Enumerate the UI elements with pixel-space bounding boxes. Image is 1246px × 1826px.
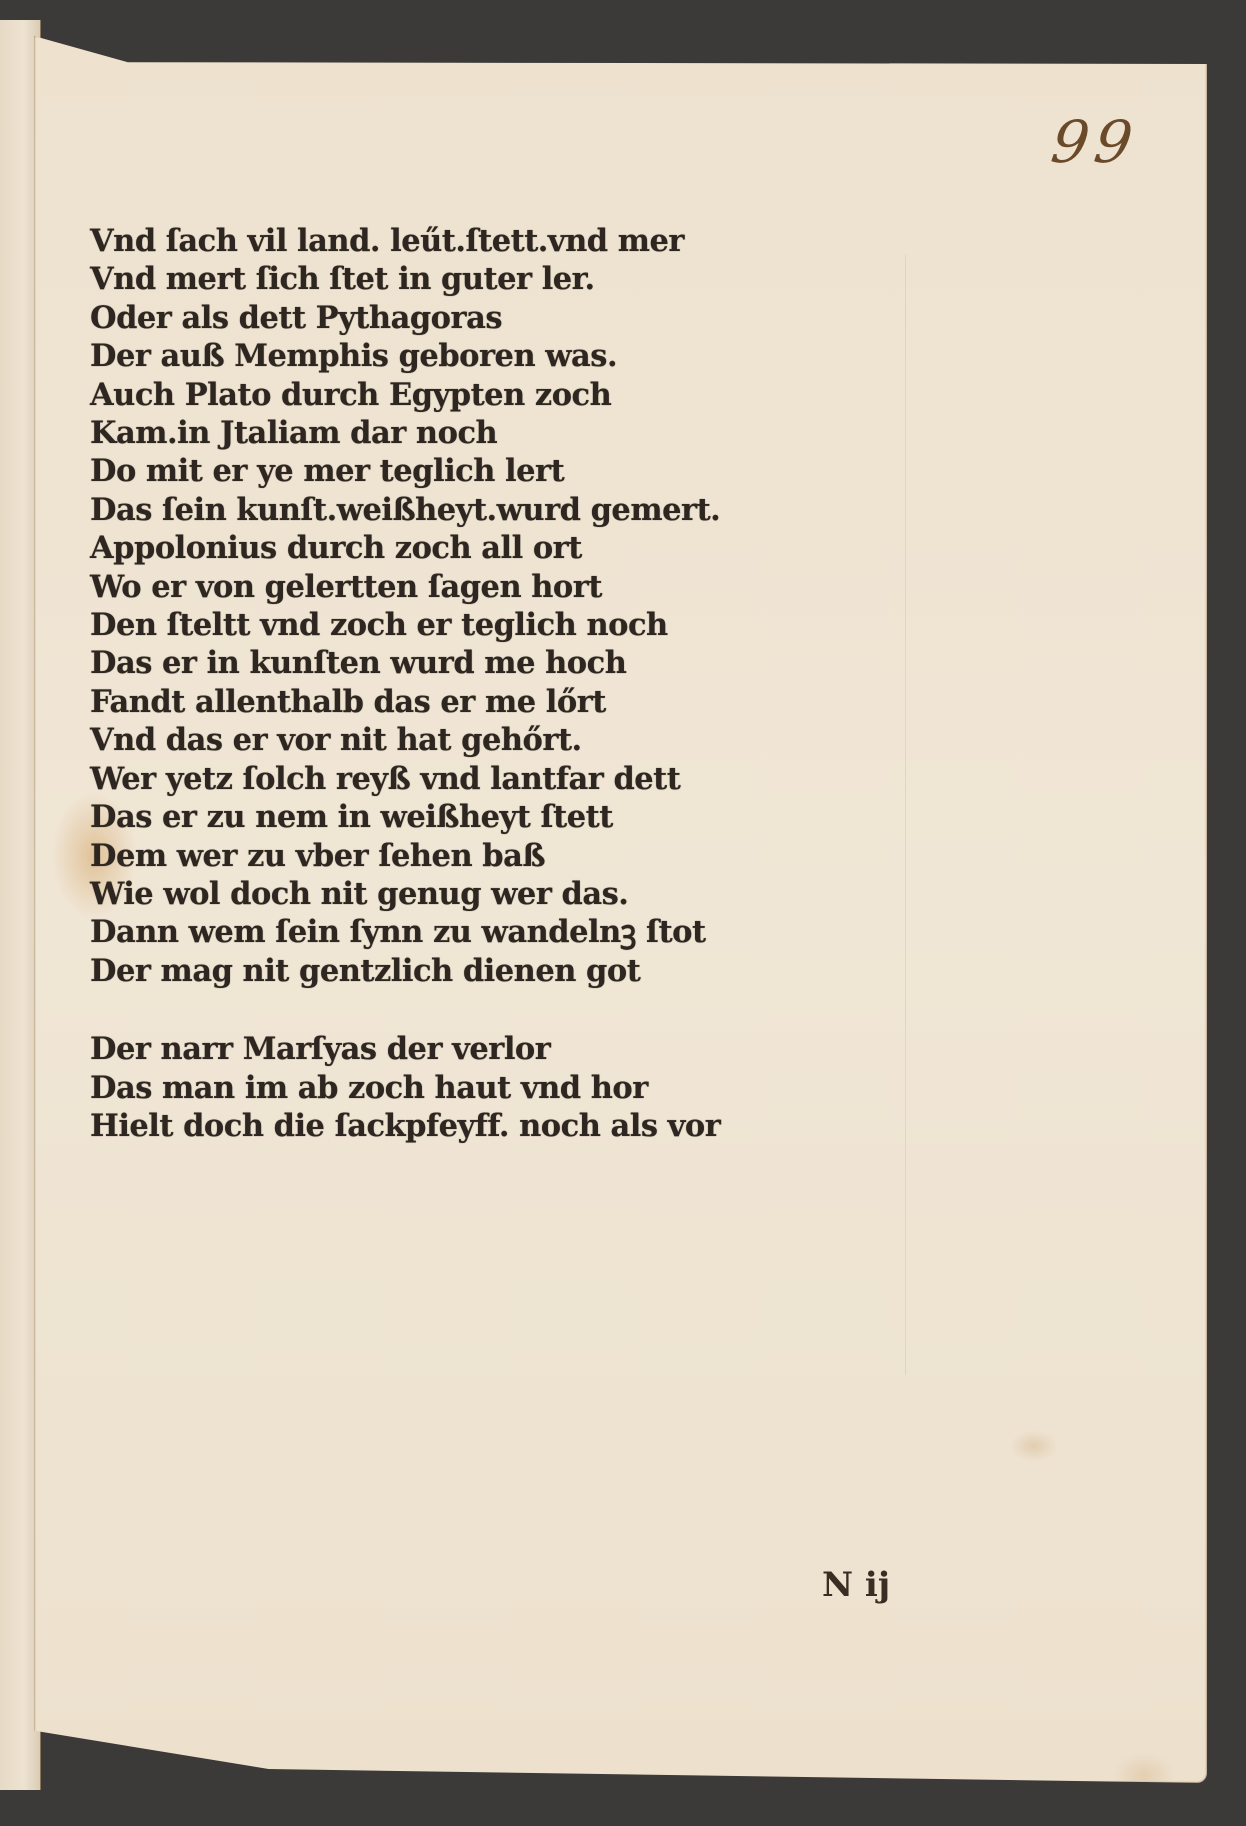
verse-line: Dann wem ſein ſynn zu wandelnꝫ ſtot (90, 913, 850, 951)
verse-line: Der mag nit gentzlich dienen got (90, 952, 850, 990)
verse-line: Wer yetz ſolch reyß vnd lantfar dett (90, 760, 850, 798)
verse-line: Oder als dett Pythagoras (90, 299, 850, 337)
verse-line: Der auß Memphis geboren was. (90, 337, 850, 375)
faint-ruling-line (905, 255, 906, 1375)
verse-line: Der narr Marſyas der verlor (90, 1030, 850, 1068)
stanza-2: Der narr Marſyas der verlor Das man im a… (90, 1030, 850, 1145)
stanza-gap (90, 990, 850, 1030)
verse-line: Do mit er ye mer teglich lert (90, 452, 850, 490)
verse-line: Das man im ab zoch haut vnd hor (90, 1069, 850, 1107)
stanza-1: Vnd ſach vil land. leűt.ſtett.vnd mer Vn… (90, 222, 850, 990)
verse-line: Wo er von gelertten ſagen hort (90, 568, 850, 606)
verse-line: Den ſteltt vnd zoch er teglich noch (90, 606, 850, 644)
verse-line: Das ſein kunſt.weißheyt.wurd gemert. (90, 491, 850, 529)
signature-mark: N ij (822, 1565, 890, 1605)
verse-line: Wie wol doch nit genug wer das. (90, 875, 850, 913)
verse-line: Appolonius durch zoch all ort (90, 529, 850, 567)
verse-line: Vnd ſach vil land. leűt.ſtett.vnd mer (90, 222, 850, 260)
folio-number: 99 (1047, 108, 1142, 176)
verse-line: Vnd mert ſich ſtet in guter ler. (90, 260, 850, 298)
verse-line: Kam.in Jtaliam dar noch (90, 414, 850, 452)
verse-line: Auch Plato durch Egypten zoch (90, 376, 850, 414)
verse-line: Das er in kunſten wurd me hoch (90, 644, 850, 682)
verse-line: Vnd das er vor nit hat gehőrt. (90, 721, 850, 759)
verse-line: Dem wer zu vber ſehen baß (90, 837, 850, 875)
verse-text-block: Vnd ſach vil land. leűt.ſtett.vnd mer Vn… (90, 222, 850, 1145)
verse-line: Das er zu nem in weißheyt ſtett (90, 798, 850, 836)
verse-line: Fandt allenthalb das er me lőrt (90, 683, 850, 721)
verse-line: Hielt doch die ſackpfeyff. noch als vor (90, 1107, 850, 1145)
